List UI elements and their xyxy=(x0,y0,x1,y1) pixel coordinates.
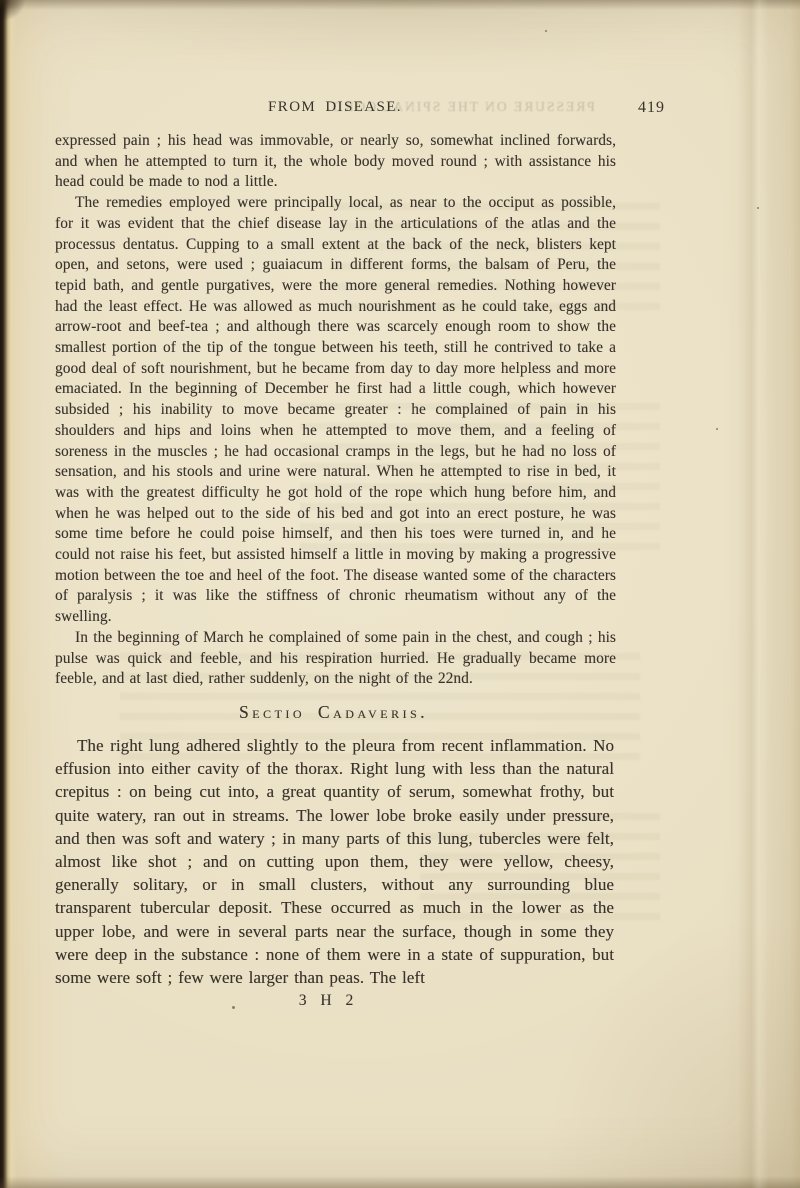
paper-speck xyxy=(144,980,146,982)
page-edge-top xyxy=(0,0,800,10)
paragraph-continuation: expressed pain ; his head was immovable,… xyxy=(55,131,616,193)
page-edge-bottom xyxy=(0,1176,800,1188)
paper-speck xyxy=(716,428,718,430)
paper-speck xyxy=(232,1006,235,1009)
paper-crease xyxy=(738,0,768,1188)
running-header: PRESSURE ON THE SPINAL CORD. FROM DISEAS… xyxy=(55,99,665,117)
book-page: PRESSURE ON THE SPINAL CORD. FROM DISEAS… xyxy=(0,0,800,1188)
paper-speck xyxy=(545,30,547,32)
paragraph: The remedies employed were principally l… xyxy=(55,193,616,628)
section-heading: Sectio Cadaveris. xyxy=(55,702,612,723)
running-title: FROM DISEASE. xyxy=(55,99,615,116)
paper-speck xyxy=(757,207,759,209)
page-number: 419 xyxy=(638,99,665,117)
paragraph: In the beginning of March he complained … xyxy=(55,628,616,690)
page-edge-left xyxy=(0,0,18,1188)
autopsy-findings: The right lung adhered slightly to the p… xyxy=(55,734,614,989)
paragraph: The right lung adhered slightly to the p… xyxy=(55,734,614,989)
signature-mark: 3 H 2 xyxy=(55,992,600,1010)
case-narrative: expressed pain ; his head was immovable,… xyxy=(55,131,616,690)
page-content: PRESSURE ON THE SPINAL CORD. FROM DISEAS… xyxy=(55,99,665,1010)
